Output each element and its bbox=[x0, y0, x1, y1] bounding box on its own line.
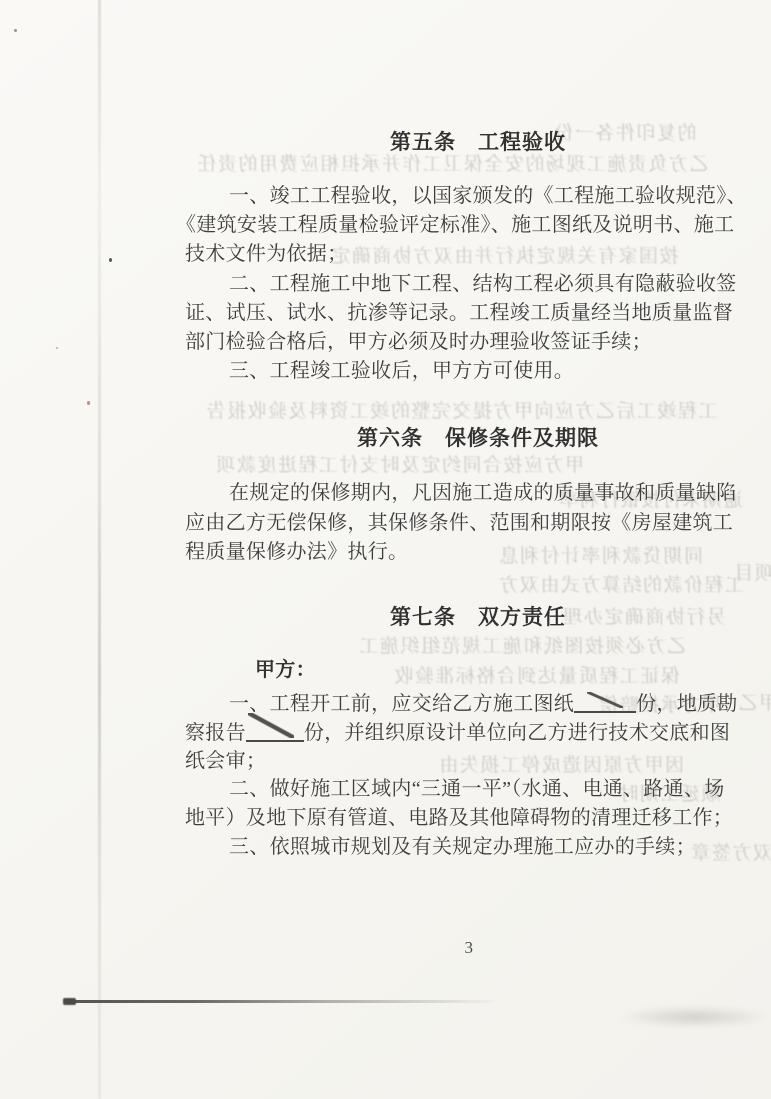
page-number: 3 bbox=[439, 938, 499, 958]
handwritten-slash-mark bbox=[248, 713, 294, 738]
line-text: 份，并组织原设计单位向乙方进行技术交底和图 bbox=[304, 722, 730, 744]
paragraph-line: 地平）及地下原有管道、电路及其他障碍物的清理迁移工作； bbox=[185, 806, 733, 830]
section-heading-article6: 第六条 保修条件及期限 bbox=[211, 422, 745, 452]
line-text: 察报告 bbox=[185, 722, 246, 744]
scan-smudge bbox=[618, 1006, 771, 1028]
bleed-through-text: 保证工程质量达到合格标准验收 bbox=[393, 661, 680, 688]
scan-edge-shadow-line bbox=[64, 1000, 502, 1003]
paragraph-line: 三、工程竣工验收后，甲方方可使用。 bbox=[229, 359, 574, 383]
bleed-through-text: 甲方应按合同约定及时支付工程进度款项 bbox=[215, 450, 584, 477]
paragraph-line: 部门检验合格后，甲方必须及时办理验收签证手续； bbox=[185, 330, 652, 354]
section-heading-article7: 第七条 双方责任 bbox=[211, 601, 745, 631]
bleed-through-text: 双方签章 bbox=[690, 838, 771, 865]
section-heading-article5: 第五条 工程验收 bbox=[211, 126, 745, 156]
paragraph-line: 技术文件为依据； bbox=[185, 242, 347, 266]
paragraph-line: 《建筑安装工程质量检验评定标准》、施工图纸及说明书、施工 bbox=[176, 213, 734, 237]
bleed-through-text: 乙方必须按图纸和施工规范组织施工 bbox=[358, 631, 686, 658]
paragraph-line: 三、依照城市规划及有关规定办理施工应办的手续； bbox=[229, 835, 696, 859]
paragraph-line: 在规定的保修期内，凡因施工造成的质量事故和质量缺陷 bbox=[229, 481, 737, 505]
bleed-through-text: 工程价款的结算方式由双方 bbox=[498, 570, 744, 597]
paragraph-line-with-blank: 一、工程开工前，应交给乙方施工图纸份，地质勘 bbox=[229, 691, 738, 716]
scan-edge-mark bbox=[63, 998, 76, 1005]
fill-in-blank bbox=[574, 691, 636, 713]
bleed-through-text: 同期贷款利率计付利息 bbox=[498, 541, 703, 568]
paragraph-line: 二、做好施工区域内“三通一平”（水通、电通、路通、场 bbox=[229, 777, 725, 801]
scan-speck bbox=[87, 401, 90, 405]
bleed-through-text: 按国家有关规定执行并由双方协商确定 bbox=[330, 241, 679, 268]
line-text: 份，地质勘 bbox=[636, 693, 738, 715]
scan-speck bbox=[109, 258, 112, 262]
paragraph-line-with-blank: 察报告份，并组织原设计单位向乙方进行技术交底和图 bbox=[185, 720, 730, 745]
paragraph-line: 一、竣工工程验收，以国家颁发的《工程施工验收规范》、 bbox=[229, 184, 747, 208]
scanned-contract-page: 的复印件各一份 乙方负责施工现场的安全保卫工作并承担相应费用的责任 按国家有关规… bbox=[0, 0, 771, 1099]
bleed-through-text: 因甲方原因造成停工损失由 bbox=[438, 750, 684, 777]
scan-speck bbox=[14, 29, 17, 32]
paragraph-line: 应由乙方无偿保修，其保修条件、范围和期限按《房屋建筑工 bbox=[185, 511, 733, 535]
scan-fold-crease bbox=[98, 0, 101, 1099]
line-text: 一、工程开工前，应交给乙方施工图纸 bbox=[229, 693, 574, 715]
paragraph-line: 二、工程施工中地下工程、结构工程必须具有隐蔽验收签 bbox=[229, 272, 737, 296]
fill-in-blank bbox=[246, 720, 304, 742]
scan-speck bbox=[56, 347, 58, 349]
paragraph-line: 证、试压、试水、抗渗等记录。工程竣工质量经当地质量监督 bbox=[185, 301, 733, 325]
bleed-through-text: 项目 bbox=[733, 558, 771, 585]
party-a-label: 甲方： bbox=[255, 658, 316, 682]
handwritten-slash-mark bbox=[587, 692, 623, 708]
paragraph-line: 纸会审； bbox=[185, 749, 266, 773]
bleed-through-text: 工程竣工后乙方应向甲方提交完整的竣工资料及验收报告 bbox=[205, 396, 718, 423]
bleed-through-text: 甲乙 bbox=[737, 688, 771, 715]
paragraph-line: 程质量保修办法》执行。 bbox=[185, 540, 408, 564]
